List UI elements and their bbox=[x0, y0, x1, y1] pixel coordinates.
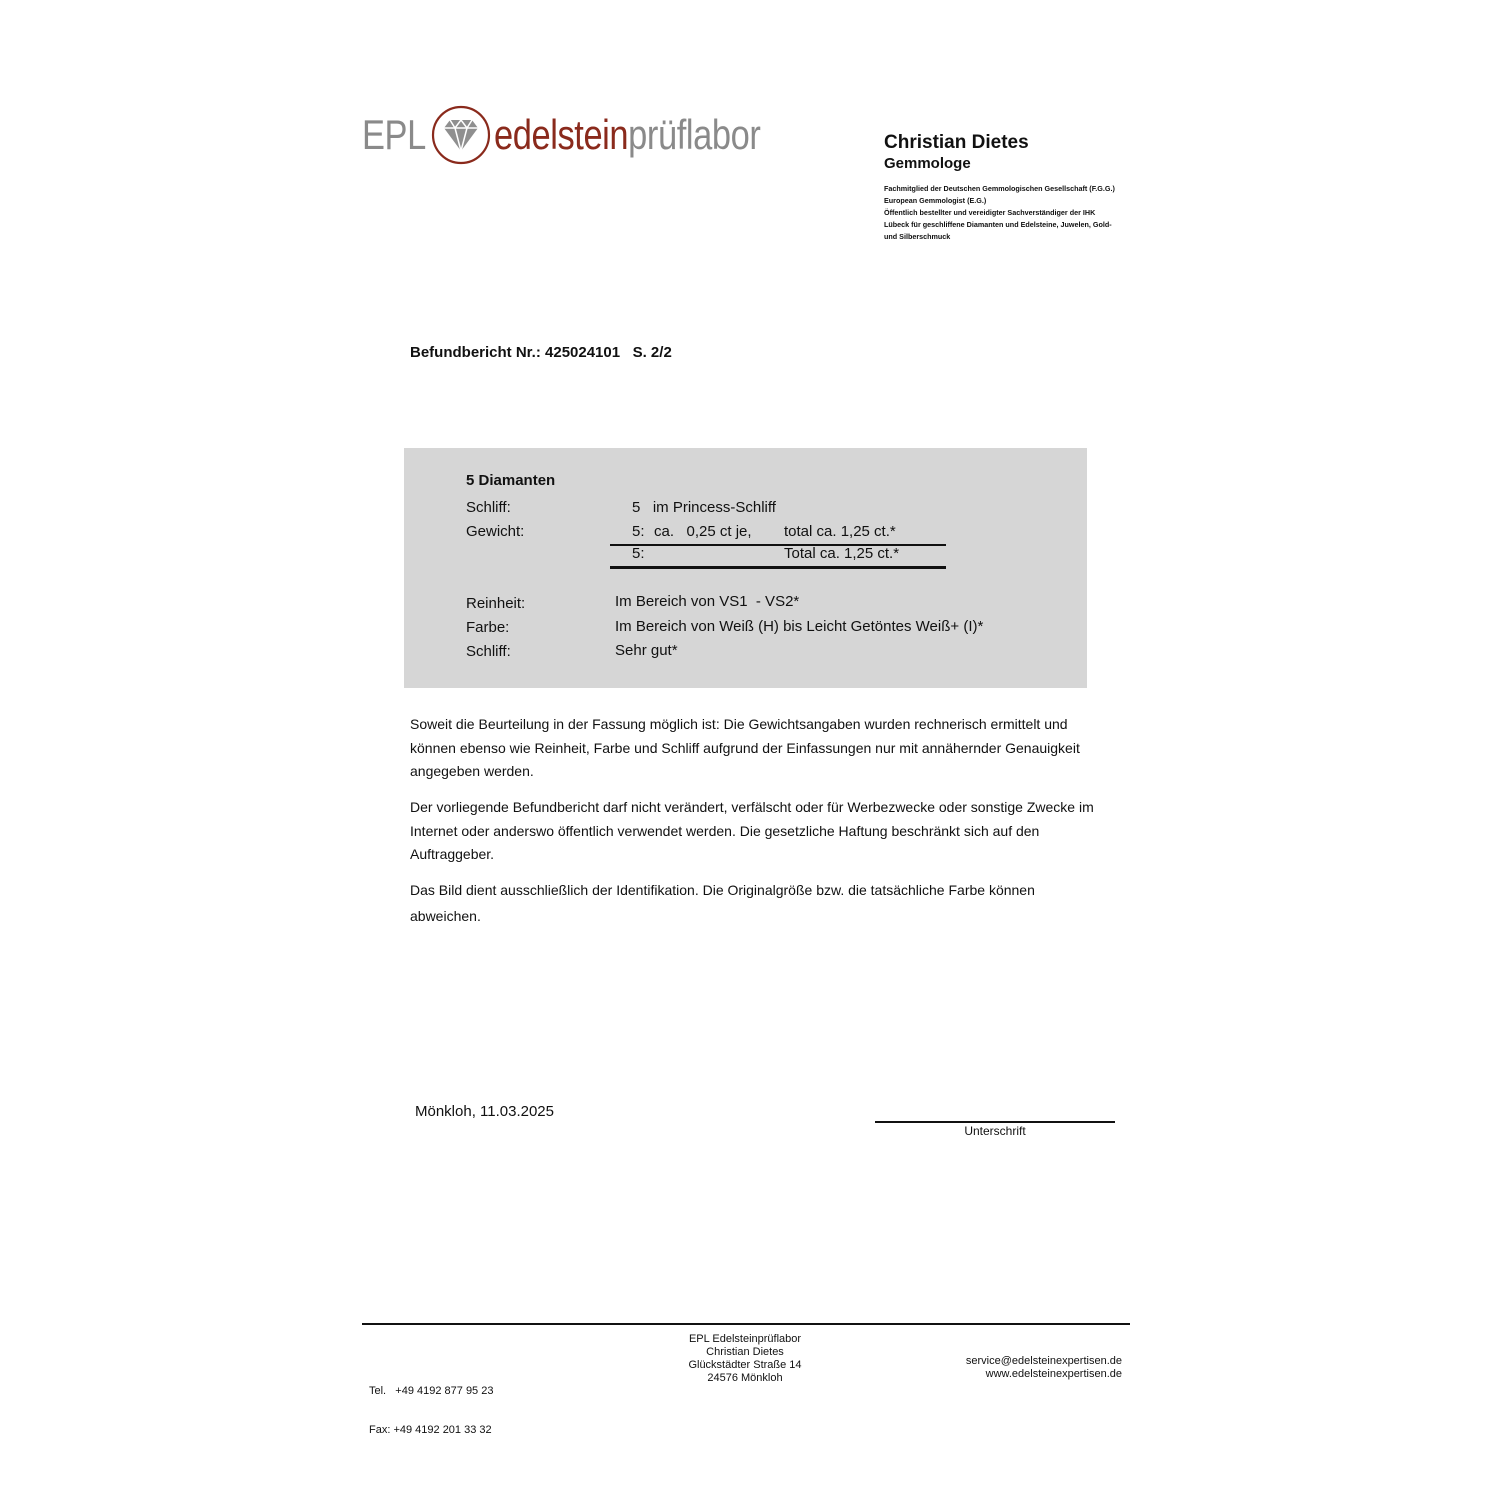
footer-address: EPL Edelsteinprüflabor Christian Dietes … bbox=[620, 1333, 870, 1385]
footer-person: Christian Dietes bbox=[620, 1346, 870, 1359]
expert-credentials: Fachmitglied der Deutschen Gemmologische… bbox=[884, 183, 1164, 243]
note-assessment: Soweit die Beurteilung in der Fassung mö… bbox=[410, 713, 1100, 784]
footer-street: Glückstädter Straße 14 bbox=[620, 1359, 870, 1372]
footer-rule bbox=[362, 1323, 1130, 1325]
diamond-icon bbox=[430, 104, 492, 166]
cut-value: 5 im Princess-Schliff bbox=[632, 499, 776, 516]
stones-heading: 5 Diamanten bbox=[466, 472, 555, 489]
report-number: Befundbericht Nr.: 425024101 S. 2/2 bbox=[410, 344, 672, 361]
total-rule bbox=[610, 566, 946, 569]
note-image: Das Bild dient ausschließlich der Identi… bbox=[410, 877, 1100, 929]
note-usage: Der vorliegende Befundbericht darf nicht… bbox=[410, 796, 1100, 867]
weight-count: 5: bbox=[632, 523, 645, 540]
color-label: Farbe: bbox=[466, 619, 509, 636]
footer-tel: Tel. +49 4192 877 95 23 bbox=[369, 1385, 493, 1398]
clarity-label: Reinheit: bbox=[466, 595, 525, 612]
expert-title: Gemmologe bbox=[884, 154, 1164, 174]
footer-online: service@edelsteinexpertisen.de www.edels… bbox=[880, 1355, 1122, 1381]
footer-contact-phone: Tel. +49 4192 877 95 23 Fax: +49 4192 20… bbox=[369, 1359, 493, 1450]
weight-label: Gewicht: bbox=[466, 523, 524, 540]
grade-value: Sehr gut* bbox=[615, 642, 678, 659]
weight-each: ca. 0,25 ct je, bbox=[654, 523, 752, 540]
weight-sum-count: 5: bbox=[632, 545, 645, 562]
weight-sum-total: Total ca. 1,25 ct.* bbox=[784, 545, 899, 562]
expert-block: Christian Dietes Gemmologe Fachmitglied … bbox=[884, 132, 1164, 243]
signature-line bbox=[875, 1121, 1115, 1123]
footer-fax: Fax: +49 4192 201 33 32 bbox=[369, 1424, 493, 1437]
logo-wordmark: edelsteinprüflabor bbox=[494, 111, 760, 159]
color-value: Im Bereich von Weiß (H) bis Leicht Getön… bbox=[615, 618, 983, 635]
footer-city: 24576 Mönkloh bbox=[620, 1372, 870, 1385]
logo-prefix: EPL bbox=[362, 111, 426, 159]
findings-box: 5 Diamanten Schliff: 5 im Princess-Schli… bbox=[404, 448, 1087, 688]
grade-label: Schliff: bbox=[466, 643, 511, 660]
footer-web[interactable]: www.edelsteinexpertisen.de bbox=[880, 1368, 1122, 1381]
weight-total: total ca. 1,25 ct.* bbox=[784, 523, 896, 540]
cut-label: Schliff: bbox=[466, 499, 511, 516]
footer-company: EPL Edelsteinprüflabor bbox=[620, 1333, 870, 1346]
signature-label: Unterschrift bbox=[875, 1124, 1115, 1138]
clarity-value: Im Bereich von VS1 - VS2* bbox=[615, 593, 799, 610]
place-date: Mönkloh, 11.03.2025 bbox=[415, 1103, 554, 1120]
expert-name: Christian Dietes bbox=[884, 132, 1164, 154]
footer-email[interactable]: service@edelsteinexpertisen.de bbox=[880, 1355, 1122, 1368]
lab-logo: EPL edelsteinprüflabor bbox=[362, 100, 819, 170]
